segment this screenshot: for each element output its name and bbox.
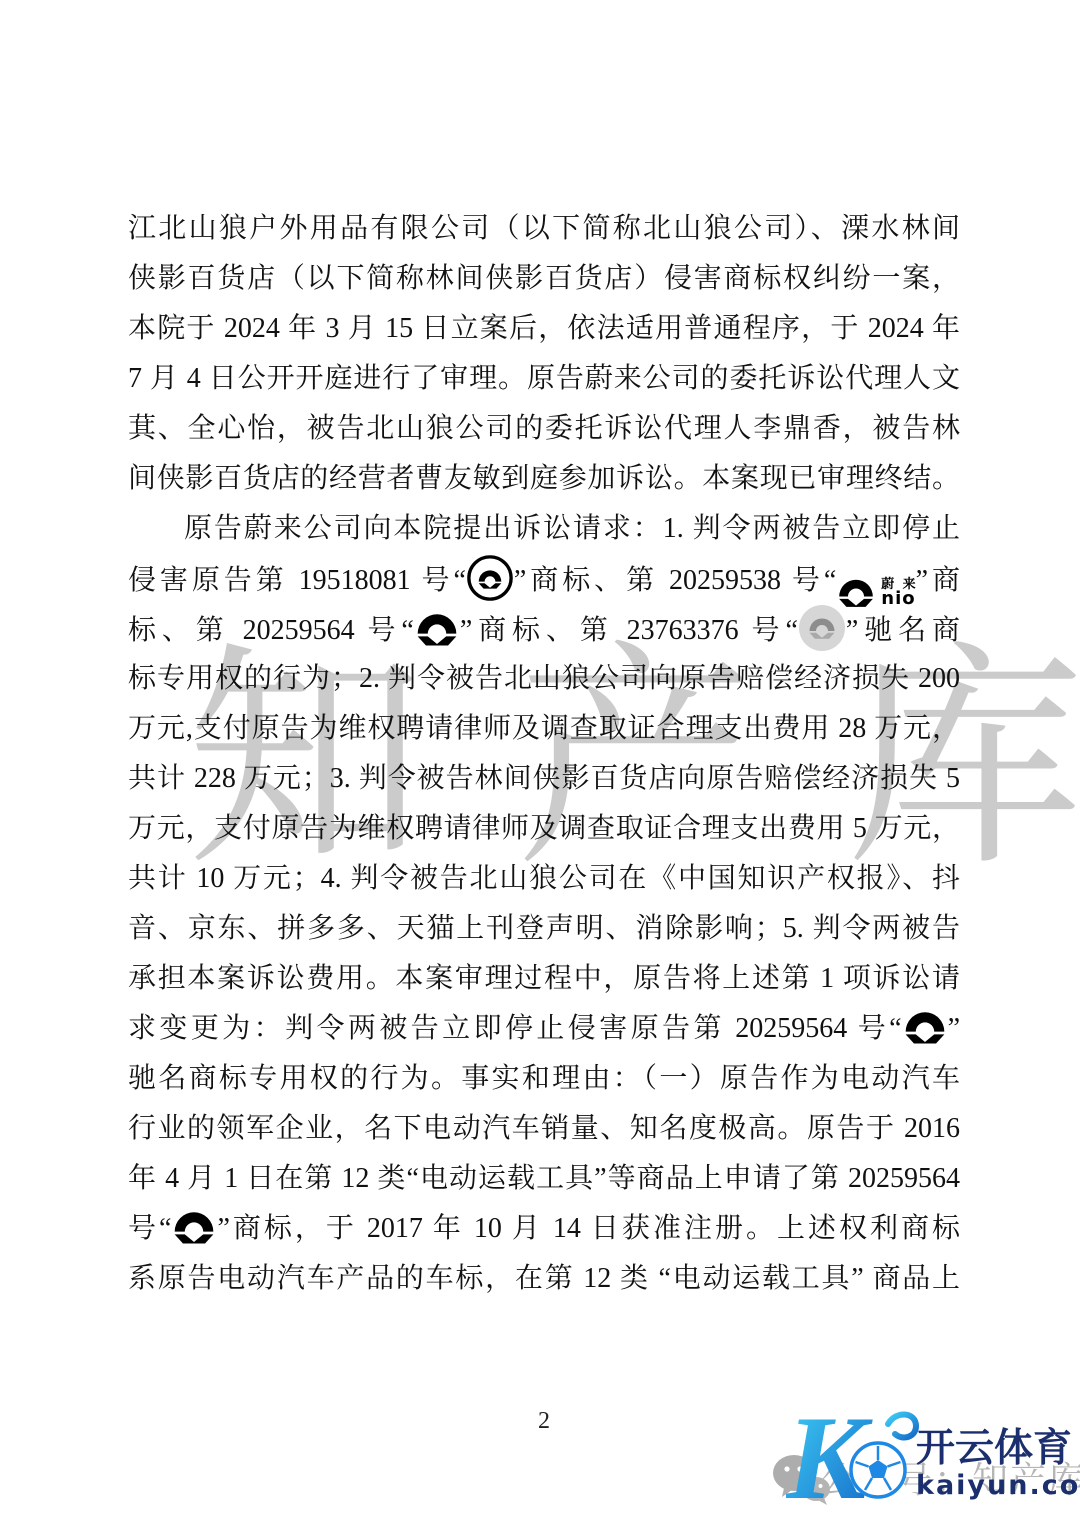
text-run: 侠影百货店（以下简称林间侠影百货店）侵害商标权纠纷一案， [128, 263, 960, 294]
text-run: 年 4 月 1 日在第 12 类“电动运载工具”等商品上申请了第 2025956… [128, 1163, 960, 1194]
nio-emblem-icon [171, 1209, 217, 1245]
text-line: 侵害原告第 19518081 号“”商标、第 20259538 号“蔚来nio”… [128, 554, 960, 604]
text-run: 音、京东、拼多多、天猫上刊登声明、消除影响；5. 判令两被告 [128, 913, 960, 944]
text-run: 承担本案诉讼费用。本案审理过程中，原告将上述第 1 项诉讼请 [128, 963, 960, 994]
judgment-text-body: 江北山狼户外用品有限公司（以下简称北山狼公司）、溧水林间侠影百货店（以下简称林间… [128, 204, 960, 1304]
text-line: 行业的领军企业，名下电动汽车销量、知名度极高。原告于 2016 [128, 1104, 960, 1154]
text-line: 万元，支付原告为维权聘请律师及调查取证合理支出费用 5 万元， [128, 804, 960, 854]
nio-emblem-icon [902, 1009, 948, 1045]
soccer-ball-icon [851, 1443, 905, 1497]
text-run: 间侠影百货店的经营者曹友敏到庭参加诉讼。本案现已审理终结。 [128, 463, 960, 494]
text-run: 本院于 2024 年 3 月 15 日立案后，依法适用普通程序，于 2024 年 [128, 313, 960, 344]
text-run: 共计 10 万元；4. 判令被告北山狼公司在《中国知识产权报》、抖 [128, 863, 960, 894]
nio-grey-logo-icon [798, 604, 846, 652]
text-run: 原告蔚来公司向本院提出诉讼请求：1. 判令两被告立即停止 [184, 513, 960, 544]
text-line: 年 4 月 1 日在第 12 类“电动运载工具”等商品上申请了第 2025956… [128, 1154, 960, 1204]
text-run: 求变更为：判令两被告立即停止侵害原告第 20259564 号“ [128, 1013, 902, 1044]
text-line: 萁、全心怡，被告北山狼公司的委托诉讼代理人李鼎香，被告林 [128, 404, 960, 454]
text-line: 7 月 4 日公开开庭进行了审理。原告蔚来公司的委托诉讼代理人文 [128, 354, 960, 404]
text-run: 行业的领军企业，名下电动汽车销量、知名度极高。原告于 2016 [128, 1113, 960, 1144]
text-run: 号“ [128, 1213, 171, 1244]
text-run: 万元，支付原告为维权聘请律师及调查取证合理支出费用 5 万元， [128, 813, 960, 844]
text-run: ”商标，于 2017 年 10 月 14 日获准注册。上述权利商标 [217, 1213, 960, 1244]
text-line: 间侠影百货店的经营者曹友敏到庭参加诉讼。本案现已审理终结。 [128, 454, 960, 504]
brand-name-cn: 开云体育 [916, 1428, 1080, 1470]
text-run: 7 月 4 日公开开庭进行了审理。原告蔚来公司的委托诉讼代理人文 [128, 363, 960, 394]
kaiyun-k-icon: K [786, 1400, 934, 1520]
text-line: 本院于 2024 年 3 月 15 日立案后，依法适用普通程序，于 2024 年 [128, 304, 960, 354]
text-run: 萁、全心怡，被告北山狼公司的委托诉讼代理人李鼎香，被告林 [128, 413, 960, 444]
text-line: 承担本案诉讼费用。本案审理过程中，原告将上述第 1 项诉讼请 [128, 954, 960, 1004]
text-run: ”商 [916, 565, 960, 596]
nio-circle-logo-icon [466, 554, 514, 602]
text-run: ”驰名商 [846, 615, 960, 646]
text-run: 标、第 20259564 号“ [128, 615, 414, 646]
nio-emblem-icon [414, 611, 460, 647]
text-run: 万元,支付原告为维权聘请律师及调查取证合理支出费用 28 万元， [128, 713, 960, 744]
text-line: 标专用权的行为；2. 判令被告北山狼公司向原告赔偿经济损失 200 [128, 654, 960, 704]
text-line: 号“”商标，于 2017 年 10 月 14 日获准注册。上述权利商标 [128, 1204, 960, 1254]
text-line: 原告蔚来公司向本院提出诉讼请求：1. 判令两被告立即停止 [128, 504, 960, 554]
text-run: 江北山狼户外用品有限公司（以下简称北山狼公司）、溧水林间 [128, 213, 960, 244]
text-line: 音、京东、拼多多、天猫上刊登声明、消除影响；5. 判令两被告 [128, 904, 960, 954]
swirl-icon [888, 1414, 916, 1437]
kaiyun-brand: 开云体育 kaiyun.com [916, 1428, 1080, 1500]
text-run: ”商标、第 20259538 号“ [514, 565, 836, 596]
text-run: 标专用权的行为；2. 判令被告北山狼公司向原告赔偿经济损失 200 [128, 663, 960, 694]
text-line: 侠影百货店（以下简称林间侠影百货店）侵害商标权纠纷一案， [128, 254, 960, 304]
text-line: 驰名商标专用权的行为。事实和理由：（一）原告作为电动汽车 [128, 1054, 960, 1104]
text-line: 求变更为：判令两被告立即停止侵害原告第 20259564 号“” [128, 1004, 960, 1054]
text-run: 驰名商标专用权的行为。事实和理由：（一）原告作为电动汽车 [128, 1063, 960, 1094]
text-line: 共计 10 万元；4. 判令被告北山狼公司在《中国知识产权报》、抖 [128, 854, 960, 904]
text-line: 标、第 20259564 号“”商标、第 23763376 号“”驰名商 [128, 604, 960, 654]
text-run: ” [948, 1013, 960, 1044]
text-line: 万元,支付原告为维权聘请律师及调查取证合理支出费用 28 万元， [128, 704, 960, 754]
text-run: 系原告电动汽车产品的车标，在第 12 类 “电动运载工具” 商品上 [128, 1263, 960, 1294]
brand-domain: kaiyun.com [916, 1472, 1080, 1500]
text-run: 共计 228 万元；3. 判令被告林间侠影百货店向原告赔偿经济损失 5 [128, 763, 960, 794]
text-run: ”商标、第 23763376 号“ [460, 615, 798, 646]
text-run: 侵害原告第 19518081 号“ [128, 565, 466, 596]
text-line: 系原告电动汽车产品的车标，在第 12 类 “电动运载工具” 商品上 [128, 1254, 960, 1304]
text-line: 共计 228 万元；3. 判令被告林间侠影百货店向原告赔偿经济损失 5 [128, 754, 960, 804]
nio-wordmark-text: 蔚来nio [881, 578, 915, 607]
text-line: 江北山狼户外用品有限公司（以下简称北山狼公司）、溧水林间 [128, 204, 960, 254]
